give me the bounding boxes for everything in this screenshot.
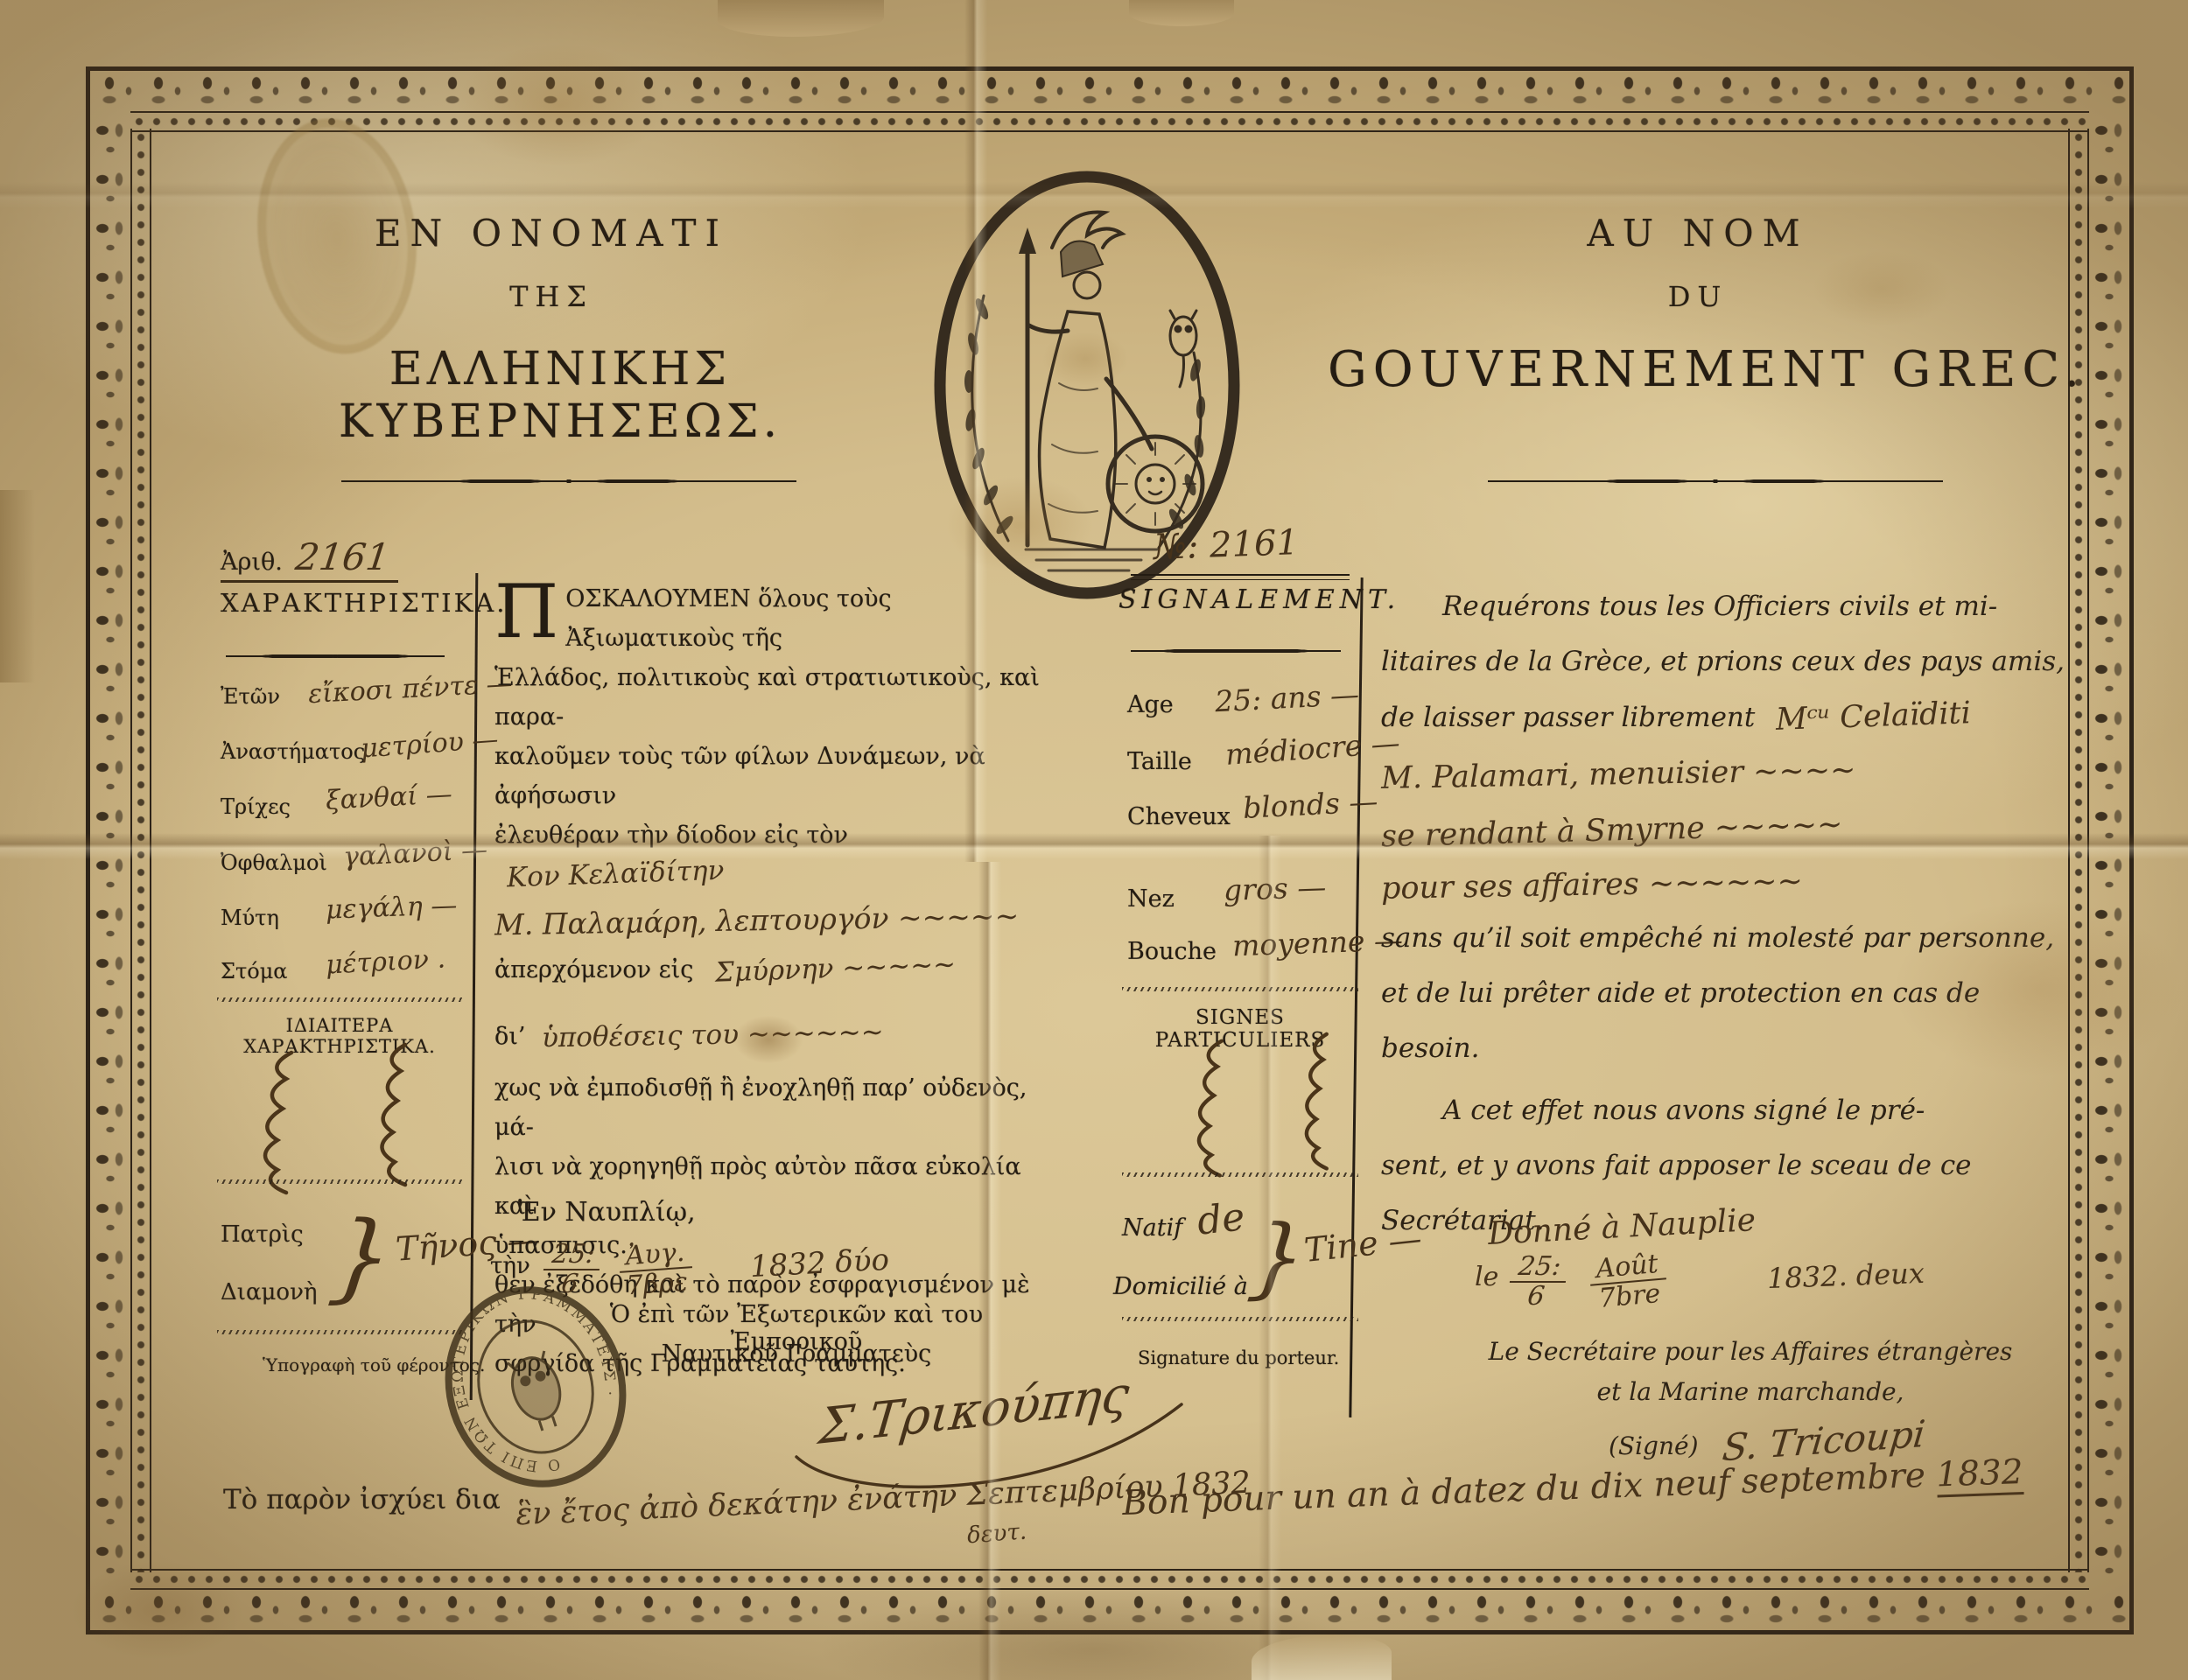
border-bead-bottom [130, 1569, 2089, 1590]
signalement-title: SIGNALEMENT. [1119, 584, 1400, 615]
signed-label: (Signé) [1609, 1431, 1699, 1460]
torn-edge [1252, 1634, 1392, 1680]
greek-paragraph-line: Ἑλλάδος, πολιτικοὺς καὶ στρατιωτικοὺς, κ… [494, 658, 1041, 737]
greek-date-month: Ἀυγ.7βρε [618, 1238, 695, 1300]
rule-wavy-4 [1122, 987, 1358, 991]
french-paragraph-line: sent, et y avons fait apposer le sceau d… [1381, 1138, 2072, 1193]
rule-wavy-5 [1122, 1172, 1358, 1177]
torn-edge [718, 0, 884, 37]
passport-document: ΕΝ ΟΝΟΜΑΤΙ ΤΗΣ ΕΛΛΗΝΙΚΗΣ ΚΥΒΕΡΝΗΣΕΩΣ. AU… [0, 0, 2188, 1680]
sig-value-bouche: moyenne — [1231, 923, 1403, 963]
field-label-height: Ἀναστήματος [221, 739, 365, 764]
drop-cap: Π [494, 581, 558, 642]
greek-paragraph-line: ἐλευθέραν τὴν δίοδον εἰς τὸν Κον Κελαϊδί… [494, 815, 1041, 895]
signalement-divider [1131, 649, 1341, 653]
greek-heading-line1: ΕΝ ΟΝΟΜΑΤΙ [219, 212, 884, 255]
greek-handwritten-line: δι’ ὑποθέσεις του ∼∼∼∼∼∼ [494, 1012, 1041, 1060]
charakteristika-title: ΧΑΡΑΚΤΗΡΙΣΤΙΚΑ. [221, 588, 507, 618]
field-value-mouth: μέτριον . [325, 943, 446, 980]
greek-paragraph-line: ἀπερχόμενον εἰς Σμύρνην ∼∼∼∼∼ [494, 946, 1041, 993]
charakteristika-divider [226, 654, 445, 658]
greek-heading-line3: ΕΛΛΗΝΙΚΗΣ ΚΥΒΕΡΝΗΣΕΩΣ. [166, 343, 954, 448]
french-date-year: 1832. deux [1766, 1256, 1925, 1295]
french-heading-line1: AU NOM [1365, 212, 2030, 255]
validity-tail: δευτ. [966, 1519, 1027, 1550]
greek-place: Ἐν Ναυπλίῳ, [518, 1197, 696, 1228]
field-label-age: Ἐτῶν [221, 684, 280, 709]
rule-wavy-6 [1122, 1317, 1358, 1321]
field-value-nose: μεγάλη — [325, 890, 457, 925]
border-floral-left [90, 111, 130, 1590]
french-heading-line3: GOUVERNEMENT GREC. [1322, 341, 2092, 398]
sig-label-bouche: Bouche [1127, 938, 1217, 965]
secretary-line1: Le Secrétaire pour les Affaires étrangèr… [1418, 1337, 2083, 1366]
border-floral-right [2089, 111, 2129, 1590]
sig-value-cheveux: blonds — [1242, 784, 1378, 825]
rule-wavy-1 [217, 997, 462, 1002]
french-paragraph-line: de laisser passer librement Mᶜᵘ Celaïdit… [1381, 689, 2072, 745]
field-label-hair: Τρίχες [221, 794, 291, 819]
diamoni-label: Διαμονὴ [221, 1279, 317, 1305]
natif-label: Natif [1122, 1214, 1182, 1242]
border-bead-left [130, 129, 151, 1572]
border-floral-bottom [90, 1590, 2129, 1630]
french-date-le: le [1475, 1262, 1498, 1292]
torn-edge [1129, 0, 1234, 26]
sig-label-cheveux: Cheveux [1127, 803, 1231, 830]
french-paragraph-line: et de lui prêter aide et protection en c… [1381, 966, 2072, 1076]
rule-wavy-2 [217, 1179, 462, 1184]
french-paragraph-line: sans qu’il soit empêché ni molesté par p… [1381, 911, 2072, 966]
greek-paragraph-line: χως νὰ ἐμποδισθῇ ἢ ἐνοχληθῇ παρ’ οὐδενὸς… [494, 1068, 1041, 1147]
french-date-month: Août7bre [1588, 1249, 1668, 1312]
greek-date-year: 1832 δύο [749, 1242, 890, 1284]
border-bead-top [130, 111, 2089, 132]
french-paragraph-line: A cet effet nous avons signé le pré- [1381, 1083, 2072, 1138]
greek-handwritten-line: Μ. Παλαμάρη, λεπτουργόν ∼∼∼∼∼ [494, 891, 1042, 951]
sig-label-taille: Taille [1127, 748, 1192, 775]
squiggle-mark [1280, 1029, 1358, 1182]
torn-edge [0, 490, 35, 682]
greek-number-value: 2161 [293, 535, 392, 578]
squiggle-mark [1173, 1034, 1252, 1187]
field-label-eyes: Ὀφθαλμοὶ [221, 850, 327, 875]
divider-ornament-left [341, 479, 796, 483]
porteur-label: Signature du porteur. [1138, 1347, 1339, 1368]
french-number-value: №: 2161 [1153, 522, 1299, 568]
number-underline [1131, 574, 1350, 580]
sig-label-age: Age [1127, 691, 1174, 718]
divider-ornament-right [1488, 479, 1943, 483]
patris-label: Πατρὶς [221, 1221, 304, 1248]
bon-year: 1832 [1936, 1452, 2024, 1497]
border-floral-top [90, 71, 2129, 111]
squiggle-mark [357, 1039, 436, 1197]
french-heading-line2: DU [1365, 280, 2030, 313]
field-label-nose: Μύτη [221, 906, 279, 930]
sig-label-nez: Nez [1127, 885, 1175, 913]
field-label-mouth: Στόμα [221, 959, 288, 983]
greek-paragraph-line: Π ΟΣΚΑΛΟΥΜΕΝ ὅλους τοὺς Ἀξιωματικοὺς τῆς [494, 579, 1041, 658]
secretary-line2: et la Marine marchande, [1418, 1377, 2083, 1406]
natif-hand-de: de [1195, 1194, 1246, 1243]
greek-number-label: Ἀριθ. [221, 549, 283, 576]
greek-heading-line2: ΤΗΣ [219, 280, 884, 313]
french-date-day: 25:6 [1506, 1253, 1569, 1310]
french-handwritten-line: pour ses affaires ∼∼∼∼∼∼ [1381, 850, 2073, 917]
domicilie-label: Domicilié à [1113, 1273, 1248, 1300]
french-paragraph-line: litaires de la Grèce, et prions ceux des… [1381, 634, 2072, 689]
sig-value-nez: gros — [1223, 870, 1326, 907]
greek-paragraph-line: καλοῦμεν τοὺς τῶν φίλων Δυνάμεων, νὰ ἀφή… [494, 737, 1041, 815]
french-paragraph-line: Requérons tous les Officiers civils et m… [1381, 579, 2072, 634]
